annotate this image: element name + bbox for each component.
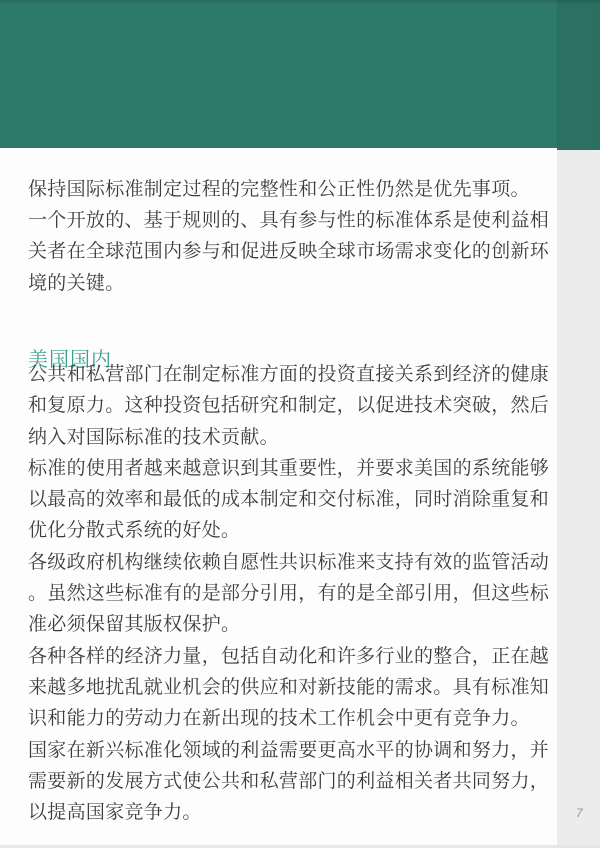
- page-number: 7: [576, 806, 596, 820]
- body-paragraph: 标准的使用者越来越意识到其重要性，并要求美国的系统能够 以最高的效率和最低的成本…: [28, 453, 549, 547]
- section-body: 公共和私营部门在制定标准方面的投资直接关系到经济的健康 和复原力。这种投资包括研…: [28, 359, 549, 828]
- body-paragraph: 国家在新兴标准化领域的利益需要更高水平的协调和努力，并 需要新的发展方式使公共和…: [28, 735, 549, 829]
- header-banner-edge: [557, 0, 600, 150]
- body-paragraph: 公共和私营部门在制定标准方面的投资直接关系到经济的健康 和复原力。这种投资包括研…: [28, 359, 549, 453]
- intro-paragraph: 保持国际标准制定过程的完整性和公正性仍然是优先事项。 一个开放的、基于规则的、具…: [28, 174, 549, 299]
- header-banner: [0, 0, 557, 148]
- body-paragraph: 各种各样的经济力量，包括自动化和许多行业的整合，正在越 来越多地扰乱就业机会的供…: [28, 641, 549, 735]
- document-page: 保持国际标准制定过程的完整性和公正性仍然是优先事项。 一个开放的、基于规则的、具…: [0, 0, 600, 845]
- body-paragraph: 各级政府机构继续依赖自愿性共识标准来支持有效的监管活动 。虽然这些标准有的是部分…: [28, 547, 549, 641]
